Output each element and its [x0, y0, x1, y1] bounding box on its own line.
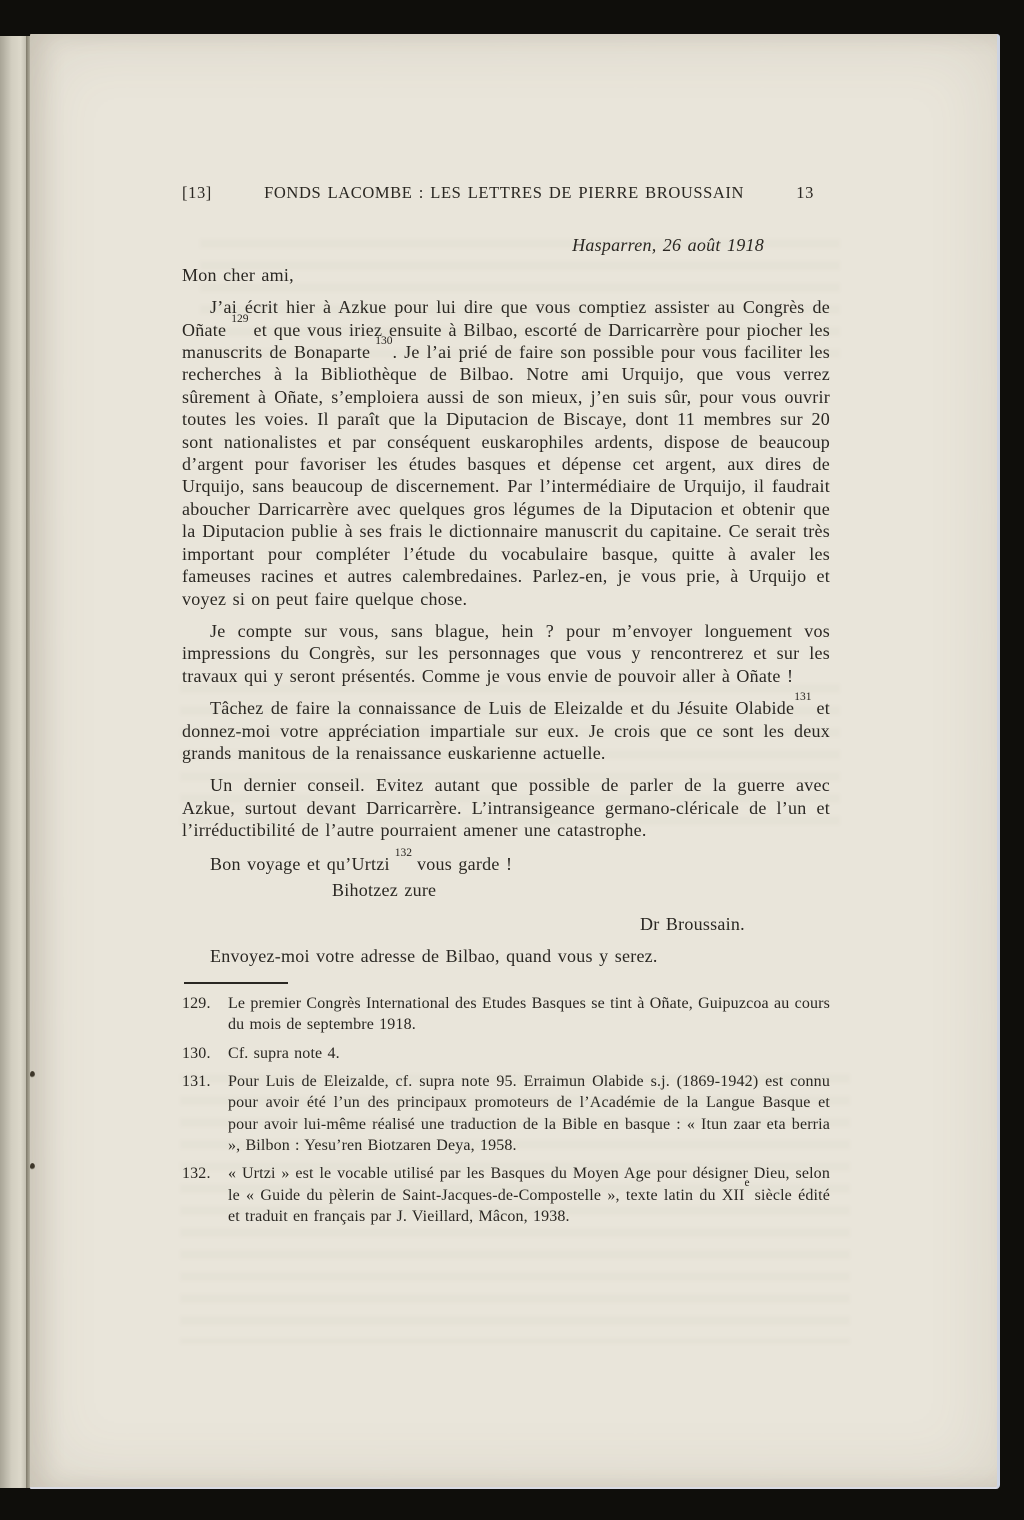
- book-page: [13] FONDS LACOMBE : LES LETTRES DE PIER…: [30, 34, 1000, 1489]
- footnote-text: Pour Luis de Eleizalde, cf. supra note 9…: [228, 1071, 830, 1156]
- ordinal-superscript: e: [745, 1177, 750, 1189]
- letter-postscript: Envoyez-moi votre adresse de Bilbao, qua…: [182, 945, 830, 967]
- stitch-hole: [30, 1071, 35, 1078]
- footnote-number: 131.: [182, 1071, 228, 1156]
- footnote-ref-131: 131: [794, 691, 811, 703]
- footnote-text-part: « Urtzi » est le vocable utilisé par les…: [228, 1165, 830, 1203]
- letter-closing-line: Bon voyage et qu’Urtzi132vous garde !: [182, 853, 830, 875]
- letter-salutation: Mon cher ami,: [182, 264, 830, 286]
- header-title: FONDS LACOMBE : LES LETTRES DE PIERRE BR…: [212, 182, 796, 204]
- stitch-hole: [30, 1163, 35, 1170]
- paragraph-text: Un dernier conseil. Evitez autant que po…: [182, 775, 830, 840]
- header-page-number: 13: [796, 182, 830, 204]
- page-content: [13] FONDS LACOMBE : LES LETTRES DE PIER…: [182, 34, 830, 1227]
- scanned-book-photo: [13] FONDS LACOMBE : LES LETTRES DE PIER…: [0, 0, 1024, 1520]
- footnote-item-129: 129. Le premier Congrès International de…: [182, 993, 830, 1036]
- footnote-item-131: 131. Pour Luis de Eleizalde, cf. supra n…: [182, 1071, 830, 1156]
- page-header: [13] FONDS LACOMBE : LES LETTRES DE PIER…: [182, 34, 830, 204]
- footnotes-section: 129. Le premier Congrès International de…: [182, 993, 830, 1227]
- letter-paragraph-1: J’ai écrit hier à Azkue pour lui dire qu…: [182, 296, 830, 610]
- letter-dateline: Hasparren, 26 août 1918: [182, 234, 830, 256]
- footnote-ref-130: 130: [375, 335, 392, 347]
- footnote-number: 130.: [182, 1043, 228, 1064]
- footnote-text: Cf. supra note 4.: [228, 1043, 830, 1064]
- closing-text: vous garde !: [417, 854, 512, 874]
- header-folio-bracket: [13]: [182, 182, 212, 204]
- footnote-ref-129: 129: [231, 313, 248, 325]
- footnote-number: 129.: [182, 993, 228, 1036]
- paragraph-text: Tâchez de faire la connaissance de Luis …: [210, 698, 794, 718]
- footnote-text: « Urtzi » est le vocable utilisé par les…: [228, 1163, 830, 1227]
- footnote-number: 132.: [182, 1163, 228, 1227]
- letter-paragraph-2: Je compte sur vous, sans blague, hein ? …: [182, 620, 830, 687]
- closing-text: Bon voyage et qu’Urtzi: [210, 854, 390, 874]
- footnote-text: Le premier Congrès International des Etu…: [228, 993, 830, 1036]
- letter-paragraph-3: Tâchez de faire la connaissance de Luis …: [182, 697, 830, 764]
- footnote-item-130: 130. Cf. supra note 4.: [182, 1043, 830, 1064]
- page-edge-strip: [0, 36, 26, 1488]
- letter-paragraph-4: Un dernier conseil. Evitez autant que po…: [182, 774, 830, 841]
- paragraph-text: Je compte sur vous, sans blague, hein ? …: [182, 621, 830, 686]
- letter-valediction: Bihotzez zure: [332, 879, 830, 901]
- letter-signature: Dr Broussain.: [640, 913, 830, 935]
- footnote-ref-132: 132: [395, 847, 412, 859]
- footnote-item-132: 132. « Urtzi » est le vocable utilisé pa…: [182, 1163, 830, 1227]
- footnote-separator-rule: [184, 982, 288, 984]
- paragraph-text: . Je l’ai prié de faire son possible pou…: [182, 342, 830, 608]
